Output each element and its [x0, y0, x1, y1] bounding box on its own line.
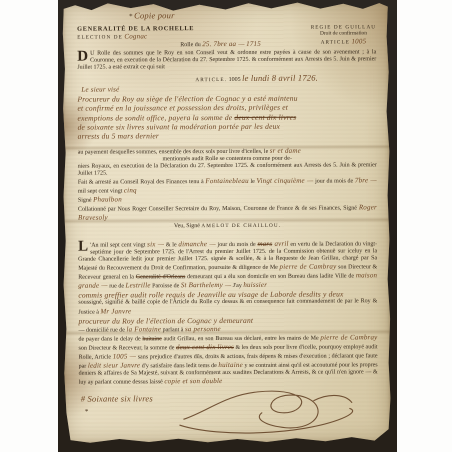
veu-label: Veu, Signé: [174, 223, 202, 229]
margin-asterisk: *: [85, 407, 89, 415]
street-hand: Lestrille: [125, 281, 150, 289]
sig-text-a: 'An mil sept cent vingt: [90, 242, 147, 248]
handwritten-entry-block: Procureur du Roy au siège de l'élection …: [77, 93, 376, 141]
struck-sum: deux cent dix livres: [234, 112, 296, 121]
signature-flourish: [174, 382, 364, 445]
payer-text-f: d'y satisfaire dans ledit tems de: [140, 363, 218, 369]
sig-text-g: Paroisse de: [151, 283, 181, 289]
entry-lead: Le sieur visé: [81, 85, 119, 93]
droit-subtitle: Droit de confirmation: [311, 30, 376, 37]
article-entry-row: ARTICLE. 1005 le lundi 8 avril 1726.: [195, 72, 376, 84]
sig-text-h: J'ay: [231, 283, 243, 289]
article-row: ARTICLE 1005: [311, 37, 376, 46]
article-number-hand: 1005 —: [113, 353, 136, 361]
copy-annotation-row: * Copie pour: [129, 9, 376, 23]
article-label: ARTICLE: [321, 39, 350, 45]
delay-struck: huitaine: [142, 336, 161, 342]
fait-text-c: jour du mois de: [313, 179, 354, 185]
session-date-hand: le lundi 8 avril 1726.: [242, 72, 318, 82]
debtor-name-hand: Mr Janvre: [100, 307, 131, 315]
fait-text-d: mil sept cent vingt: [78, 189, 124, 195]
commandement-paragraph: soussigné, signifié & baillé copie de l'…: [78, 299, 377, 316]
tems-hand: huitaine: [218, 361, 243, 369]
dropcap-initial: L: [78, 241, 88, 252]
generalite-struck: Generalité d'Orleans: [136, 274, 186, 280]
rolle-year: 1715: [246, 40, 261, 48]
signature-row: # Soixante six livres *: [79, 388, 378, 447]
sig-text-e2: demeurant qui a élu son domicile en son …: [185, 273, 356, 280]
huissier-hand: huissier: [243, 281, 267, 289]
election-value: Cognac: [124, 33, 147, 41]
domicile-street-hand: la Fontaine: [126, 325, 161, 333]
collationne-paragraph: Collationné par Nous Roger Conseiller Se…: [78, 204, 377, 223]
parish-hand: St Barthelemy —: [181, 281, 231, 289]
article-entry-number: 1005: [229, 77, 241, 83]
document-content: * Copie pour GENERALITÉ DE LA ROCHELLE E…: [62, 1, 391, 447]
parlant-hand: sa personne: [185, 325, 221, 333]
fait-year-hand: cinq: [124, 187, 137, 195]
fait-place-hand: Fontainebleau: [205, 177, 248, 185]
payer-text-a: de payer dans le delay de: [78, 336, 142, 342]
fait-month-hand: 7bre —: [355, 177, 377, 185]
sum-struck-hand: deux cent dix livres: [176, 343, 234, 351]
document-paper: * Copie pour GENERALITÉ DE LA ROCHELLE E…: [62, 1, 391, 443]
parlant-text: parlant à: [161, 327, 185, 333]
faute-name-hand: ledit sieur Janvre: [88, 362, 140, 370]
payer-paragraph: de payer dans le delay de huitaine audit…: [78, 333, 377, 387]
director-name-hand: pierre de Cambray: [280, 262, 337, 270]
fait-day-hand: Vingt cinquième —: [256, 177, 313, 185]
header-left: GENERALITÉ DE LA ROCHELLE ELECTION DE Co…: [77, 25, 194, 47]
signe-name-hand: Phaulbon: [93, 196, 122, 204]
collationne-text: Collationné par Nous Roger Conseiller Se…: [78, 206, 359, 213]
rolle-date-value: 25. 7bre aa —: [202, 40, 244, 48]
margin-asterisk: *: [129, 12, 133, 20]
fait-text-b: le: [249, 179, 257, 185]
election-label: ELECTION DE: [77, 35, 123, 41]
rolle-date-row: Rolle du 25. 7bre aa — 1715: [180, 40, 261, 49]
sig-text-f: rue de: [108, 283, 126, 289]
sig-month-hand: avril: [272, 239, 288, 247]
payer-text-c: son Directeur & Receveur, la somme de: [79, 345, 176, 351]
entry-line-text: exemptions de sondit office, payera la s…: [78, 113, 235, 123]
payment-text-b: niers Royaux, en execution de la Déclara…: [78, 162, 377, 177]
preamble-text: U Rolle des sommes que le Roy en son Con…: [77, 49, 376, 70]
article-number: 1005: [351, 37, 366, 45]
header-right: REGIE DE GUILLAU Droit de confirmation A…: [311, 24, 377, 46]
copy-note: Copie pour: [134, 10, 175, 20]
receiver-name-hand: pierre de Cambray: [320, 333, 377, 341]
signification-paragraph: L'An mil sept cent vingt six — & le dima…: [78, 239, 377, 291]
sig-text-c: jour du mois de: [216, 241, 258, 247]
payer-text-b: audit Grillau, en son Bureau sus déclaré…: [162, 336, 321, 343]
sig-month-struck: mars: [257, 239, 272, 247]
domicile-text: — domicilié rue de: [78, 327, 126, 333]
signe-label: Signé: [78, 198, 93, 204]
sig-day-hand: dimanche —: [178, 240, 215, 248]
sig-year-hand: six —: [147, 240, 164, 248]
amount-note-hand: # Soixante six livres: [81, 393, 153, 403]
election-row: ELECTION DE Cognac: [77, 33, 194, 43]
fait-arreste-paragraph: Fait & arresté au Conseil Royal des Fina…: [78, 177, 377, 196]
veu-name: AMELOT DE CHAILLOU.: [201, 222, 281, 228]
sig-text-b: & le: [164, 242, 178, 248]
article-entry-label: ARTICLE.: [195, 77, 227, 83]
payment-text-a: au payement desquelles sommes, ensemble …: [78, 149, 270, 156]
photo-canvas: * Copie pour GENERALITÉ DE LA ROCHELLE E…: [0, 0, 452, 452]
rolle-label: Rolle du: [180, 42, 201, 48]
payment-hand: sr et dame: [270, 147, 301, 155]
fait-text-a: Fait & arresté au Conseil Royal des Fina…: [78, 179, 206, 186]
dropcap-initial: D: [77, 51, 88, 62]
preamble-paragraph: DU Rolle des sommes que le Roy en son Co…: [77, 49, 376, 72]
